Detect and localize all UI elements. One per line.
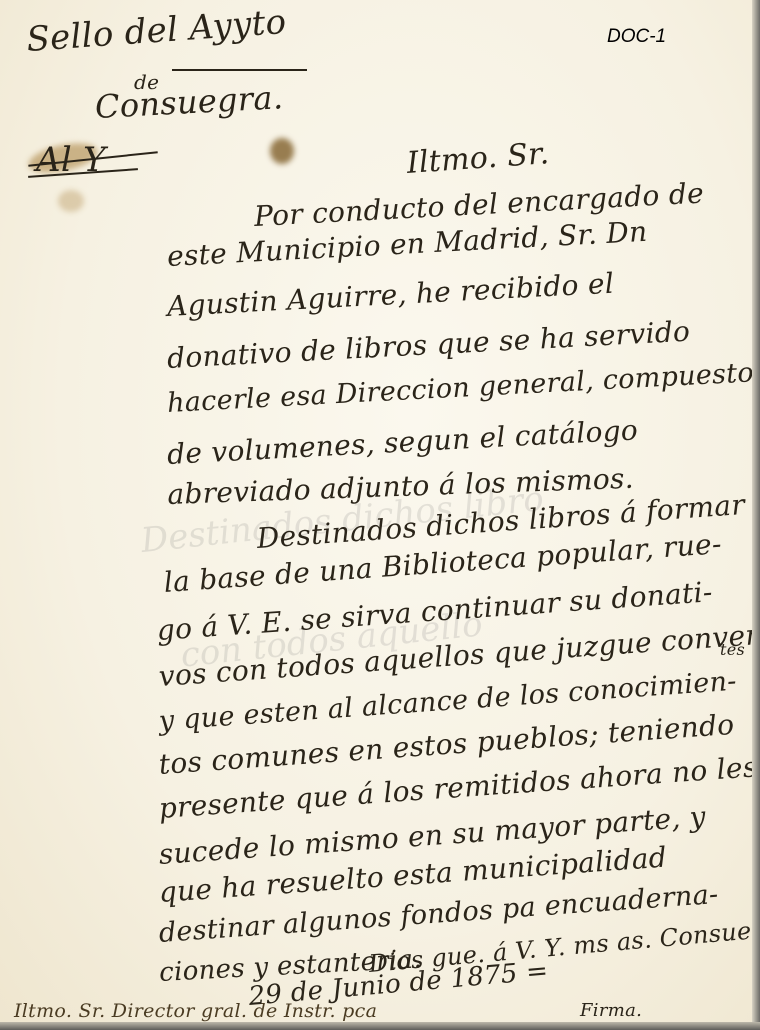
- document-id-label: DOC-1: [607, 26, 666, 48]
- scan-border-right: [752, 0, 760, 1030]
- ink-stain: [270, 138, 294, 164]
- document-page: Destinados dichos libro con todos aquell…: [0, 0, 752, 1022]
- stamp-underline: [172, 69, 307, 71]
- body-line: de volumenes, segun el catálogo: [166, 413, 639, 471]
- signature-label: Firma.: [580, 1000, 642, 1021]
- salutation: Iltmo. Sr.: [406, 136, 551, 181]
- stamp-line-3: Consuegra.: [94, 78, 284, 126]
- stamp-line-1: Sello del Ayyto: [25, 2, 287, 60]
- scan-border-bottom: [0, 1022, 760, 1030]
- body-line: Agustin Aguirre, he recibido el: [166, 267, 615, 323]
- ink-stain: [58, 190, 84, 212]
- addressee-line: Iltmo. Sr. Director gral. de Instr. pca: [14, 1000, 377, 1022]
